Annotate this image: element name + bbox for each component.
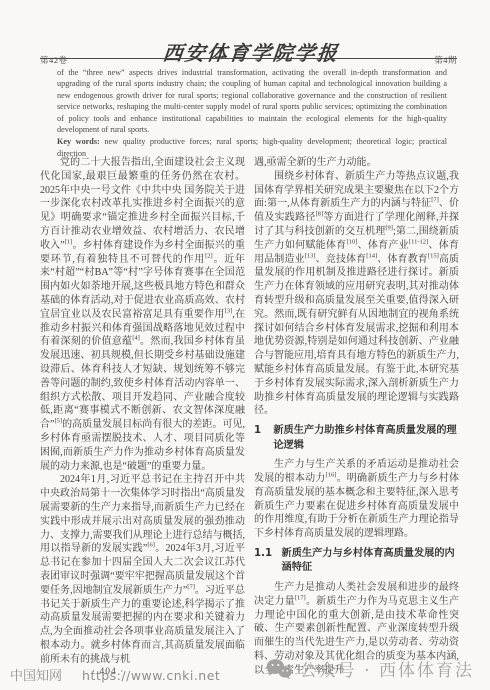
cnki-footer: 中国知网 https://www.cnki.net (10, 665, 220, 684)
section-number: 1 (254, 424, 261, 439)
volume-label: 第42卷 (40, 54, 68, 66)
wechat-icon (266, 658, 292, 680)
keywords-text: new quality productive forces; rural spo… (57, 137, 447, 157)
cnki-brand: 中国知网 (10, 665, 62, 684)
paragraph: 生产力与生产关系的矛盾运动是推动社会发展的根本动力[16]。明确新质生产力与乡村… (254, 458, 459, 541)
issue-label: 第4期 (434, 54, 457, 66)
english-abstract-block: of the “three new” aspects drives indust… (57, 67, 447, 159)
paragraph-continuation: 遇,亟需全新的生产力动能。 (254, 156, 459, 170)
header-divider-rule (40, 58, 457, 59)
paragraph: 党的二十大报告指出,全面建设社会主义现代化国家,最艰巨最繁重的任务仍然在农村。2… (40, 156, 245, 473)
section-heading-1: 1 新质生产力助推乡村体育高质量发展的理论逻辑 (254, 424, 459, 453)
running-head: 第42卷 西安体育学院学报 第4期 (40, 37, 457, 66)
paragraph: 2024年1月,习近平总书记在主持召开中共中央政治局第十一次集体学习时指出“高质… (40, 473, 245, 666)
section-title: 新质生产力与乡村体育高质量发展的内涵特征 (282, 548, 455, 574)
cnki-url-link[interactable]: https://www.cnki.net (82, 668, 220, 683)
journal-title-calligraphy: 西安体育学院学报 (161, 37, 340, 66)
section-heading-1-1: 1.1 新质生产力与乡村体育高质量发展的内涵特征 (254, 547, 459, 576)
abstract-english-text: of the “three new” aspects drives indust… (57, 67, 447, 135)
watermark-text: 公众号 · 西体体育法 (300, 656, 474, 681)
keywords-label: Key words: (57, 137, 100, 146)
section-title: 新质生产力助推乡村体育高质量发展的理论逻辑 (273, 425, 456, 451)
section-number: 1.1 (254, 547, 272, 562)
right-column: 遇,亟需全新的生产力动能。 围绕乡村体育、新质生产力等热点议题,我国体育学界相关… (254, 156, 459, 680)
scanned-journal-page: 第42卷 西安体育学院学报 第4期 of the “three new” asp… (0, 0, 490, 690)
body-columns: 党的二十大报告指出,全面建设社会主义现代化国家,最艰巨最繁重的任务仍然在农村。2… (40, 156, 459, 680)
wechat-watermark: 公众号 · 西体体育法 (266, 656, 474, 681)
left-column: 党的二十大报告指出,全面建设社会主义现代化国家,最艰巨最繁重的任务仍然在农村。2… (40, 156, 245, 680)
paragraph: 围绕乡村体育、新质生产力等热点议题,我国体育学界相关研究成果主要聚焦在以下2个方… (254, 170, 459, 418)
